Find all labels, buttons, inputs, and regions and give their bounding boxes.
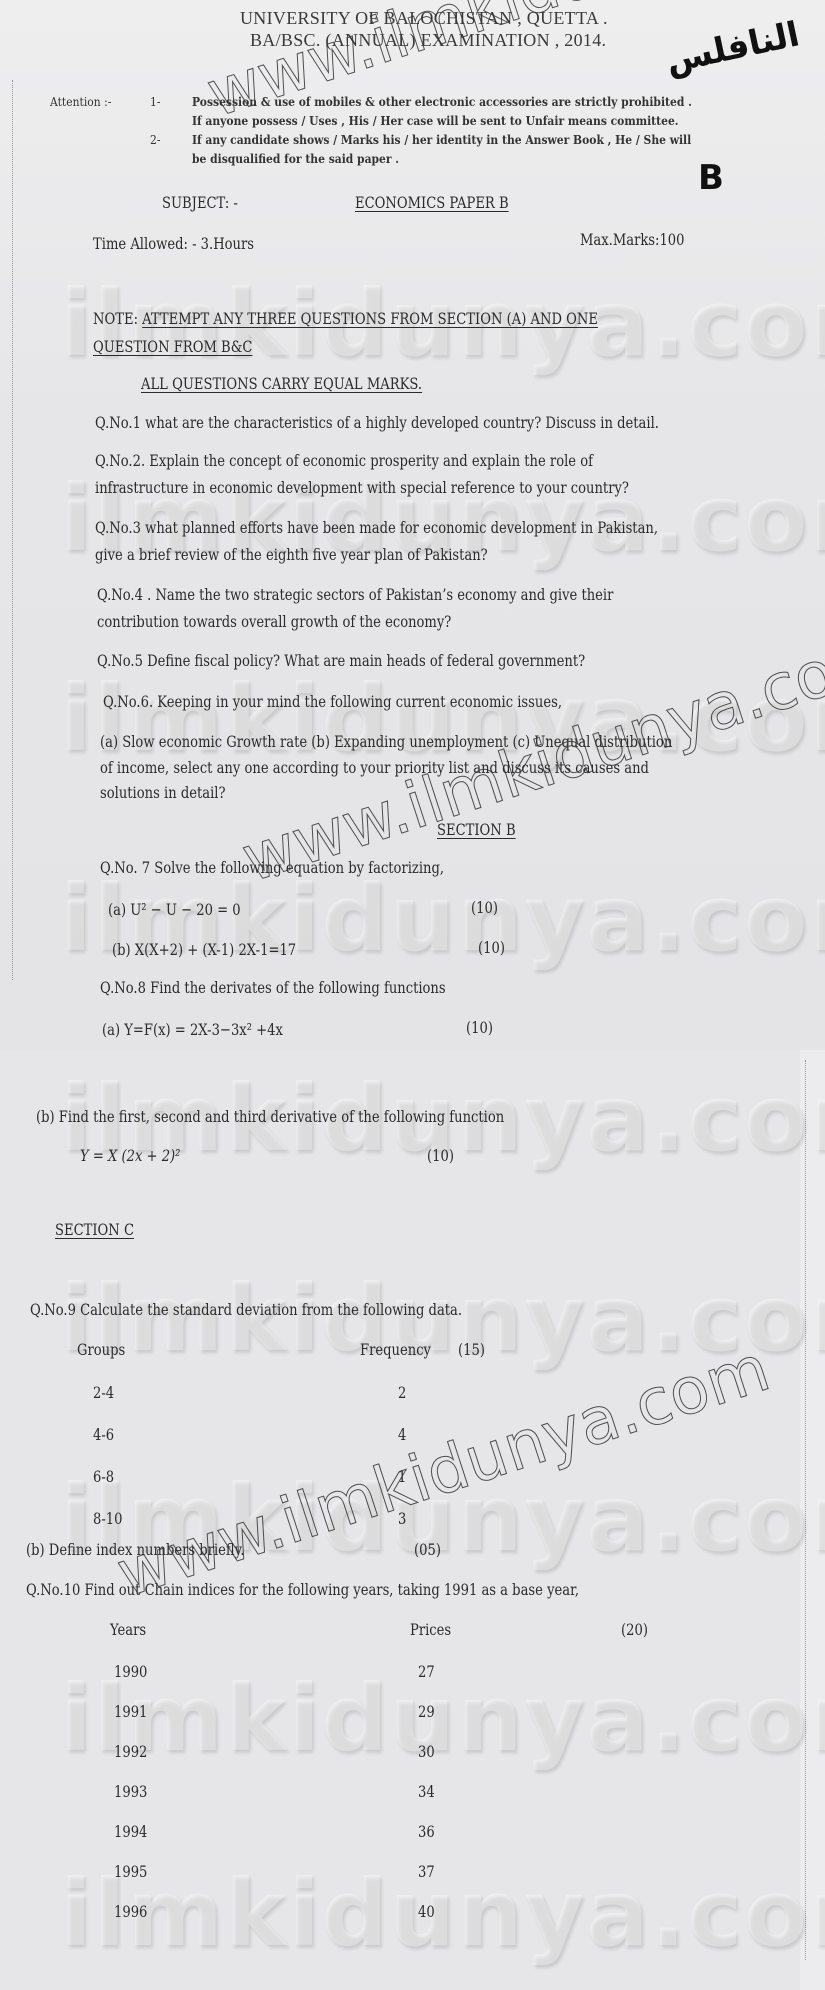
question-1: Q.No.1 what are the characteristics of a… <box>95 413 659 432</box>
question-8: Q.No.8 Find the derivates of the followi… <box>100 978 446 997</box>
question-7a-marks: (10) <box>471 898 498 917</box>
q10-price-cell: 34 <box>418 1782 435 1801</box>
question-3-line-2: give a brief review of the eighth five y… <box>95 545 488 564</box>
attention-num-2: 2- <box>150 132 160 147</box>
question-8a-marks: (10) <box>466 1018 493 1037</box>
time-allowed: Time Allowed: - 3.Hours <box>93 234 254 253</box>
q9-group-cell: 2-4 <box>93 1383 114 1402</box>
attention-label: Attention :- <box>50 94 111 109</box>
subject-value: ECONOMICS PAPER B <box>355 193 509 212</box>
q9-group-cell: 4-6 <box>93 1425 114 1444</box>
q10-price-cell: 27 <box>418 1662 435 1681</box>
q10-price-cell: 36 <box>418 1822 435 1841</box>
scan-margin-dots <box>12 80 13 980</box>
attention-num-1: 1- <box>150 94 160 109</box>
q10-year-cell: 1990 <box>114 1662 147 1681</box>
question-7a: (a) U² − U − 20 = 0 <box>108 900 241 919</box>
q10-header-years: Years <box>110 1620 146 1639</box>
q10-price-cell: 30 <box>418 1742 435 1761</box>
q10-price-cell: 29 <box>418 1702 435 1721</box>
subject-label: SUBJECT: - <box>162 193 238 212</box>
question-5: Q.No.5 Define fiscal policy? What are ma… <box>97 651 585 670</box>
question-8a: (a) Y=F(x) = 2X-3−3x² +4x <box>102 1020 283 1039</box>
note-line-1: NOTE: ATTEMPT ANY THREE QUESTIONS FROM S… <box>93 309 598 328</box>
q9-marks: (15) <box>458 1340 485 1359</box>
note-instruction: ATTEMPT ANY THREE QUESTIONS FROM SECTION… <box>142 309 598 328</box>
q10-year-cell: 1992 <box>114 1742 147 1761</box>
question-8b: (b) Find the first, second and third der… <box>36 1107 504 1126</box>
attention-item-2-line-2: be disqualified for the said paper . <box>192 151 399 166</box>
question-9b-marks: (05) <box>414 1540 441 1559</box>
watermark: ilmkidunya.com <box>60 1860 825 1967</box>
max-marks: Max.Marks:100 <box>580 230 684 249</box>
q10-year-cell: 1991 <box>114 1702 147 1721</box>
q9-frequency-cell: 2 <box>398 1383 406 1402</box>
question-4-line-1: Q.No.4 . Name the two strategic sectors … <box>97 585 613 604</box>
q10-marks: (20) <box>621 1620 648 1639</box>
question-8b-equation: Y = X (2x + 2)² <box>80 1146 180 1165</box>
q10-year-cell: 1993 <box>114 1782 147 1801</box>
question-4-line-2: contribution towards overall growth of t… <box>97 612 451 631</box>
question-8b-marks: (10) <box>427 1146 454 1165</box>
q10-year-cell: 1996 <box>114 1902 147 1921</box>
q9-header-frequency: Frequency <box>360 1340 431 1359</box>
q9-header-groups: Groups <box>77 1340 125 1359</box>
q10-header-prices: Prices <box>410 1620 451 1639</box>
q9-group-cell: 6-8 <box>93 1467 114 1486</box>
q10-price-cell: 37 <box>418 1862 435 1881</box>
watermark: ilmkidunya.com <box>60 1665 825 1772</box>
question-9: Q.No.9 Calculate the standard deviation … <box>30 1300 462 1319</box>
question-10: Q.No.10 Find out Chain indices for the f… <box>26 1580 579 1599</box>
question-7b: (b) X(X+2) + (X-1) 2X-1=17 <box>112 940 296 959</box>
question-6-line-4: solutions in detail? <box>100 783 225 802</box>
q9-frequency-cell: 4 <box>398 1425 406 1444</box>
question-6-line-1: Q.No.6. Keeping in your mind the followi… <box>103 692 562 711</box>
note-line-2: QUESTION FROM B&C <box>93 337 252 356</box>
question-7b-marks: (10) <box>478 938 505 957</box>
attention-item-2-line-1: If any candidate shows / Marks his / her… <box>192 132 691 147</box>
question-2-line-1: Q.No.2. Explain the concept of economic … <box>95 451 593 470</box>
q10-year-cell: 1994 <box>114 1822 147 1841</box>
q9-group-cell: 8-10 <box>93 1509 122 1528</box>
question-2-line-2: infrastructure in economic development w… <box>95 478 629 497</box>
section-c-title: SECTION C <box>55 1220 134 1239</box>
equal-marks-note: ALL QUESTIONS CARRY EQUAL MARKS. <box>141 374 422 393</box>
handwritten-paper-mark: B <box>698 158 724 198</box>
q10-price-cell: 40 <box>418 1902 435 1921</box>
q10-year-cell: 1995 <box>114 1862 147 1881</box>
question-3-line-1: Q.No.3 what planned efforts have been ma… <box>95 518 658 537</box>
note-prefix: NOTE: <box>93 309 138 328</box>
